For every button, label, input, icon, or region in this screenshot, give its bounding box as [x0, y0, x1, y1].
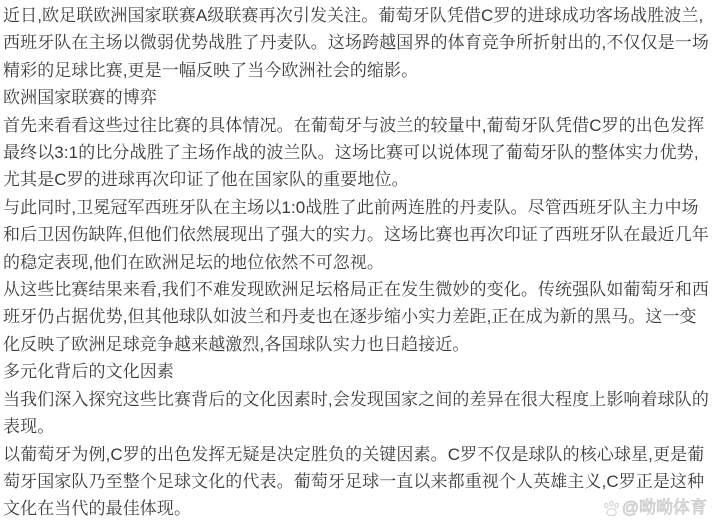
intro-paragraph: 近日,欧足联欧洲国家联赛A级联赛再次引发关注。葡萄牙队凭借C罗的进球成功客场战胜… — [3, 2, 709, 84]
paragraph-landscape-change: 从这些比赛结果来看,我们不难发现欧洲足坛格局正在发生微妙的变化。传统强队如葡萄牙… — [3, 276, 709, 358]
section-heading-culture: 多元化背后的文化因素 — [3, 358, 709, 385]
article-page: { "page": { "background": "#ffffff", "te… — [0, 0, 712, 525]
section-heading-nations-league: 欧洲国家联赛的博弈 — [3, 84, 709, 111]
paragraph-spain-denmark: 与此同时,卫冕冠军西班牙队在主场以1:0战胜了此前两连胜的丹麦队。尽管西班牙队主… — [3, 194, 709, 276]
paragraph-culture-intro: 当我们深入探究这些比赛背后的文化因素时,会发现国家之间的差异在很大程度上影响着球… — [3, 386, 709, 441]
paragraph-portugal-poland: 首先来看看这些过往比赛的具体情况。在葡萄牙与波兰的较量中,葡萄牙队凭借C罗的出色… — [3, 112, 709, 194]
article-body: 近日,欧足联欧洲国家联赛A级联赛再次引发关注。葡萄牙队凭借C罗的进球成功客场战胜… — [0, 0, 712, 523]
paragraph-ronaldo-culture: 以葡萄牙为例,C罗的出色发挥无疑是决定胜负的关键因素。C罗不仅是球队的核心球星,… — [3, 441, 709, 523]
